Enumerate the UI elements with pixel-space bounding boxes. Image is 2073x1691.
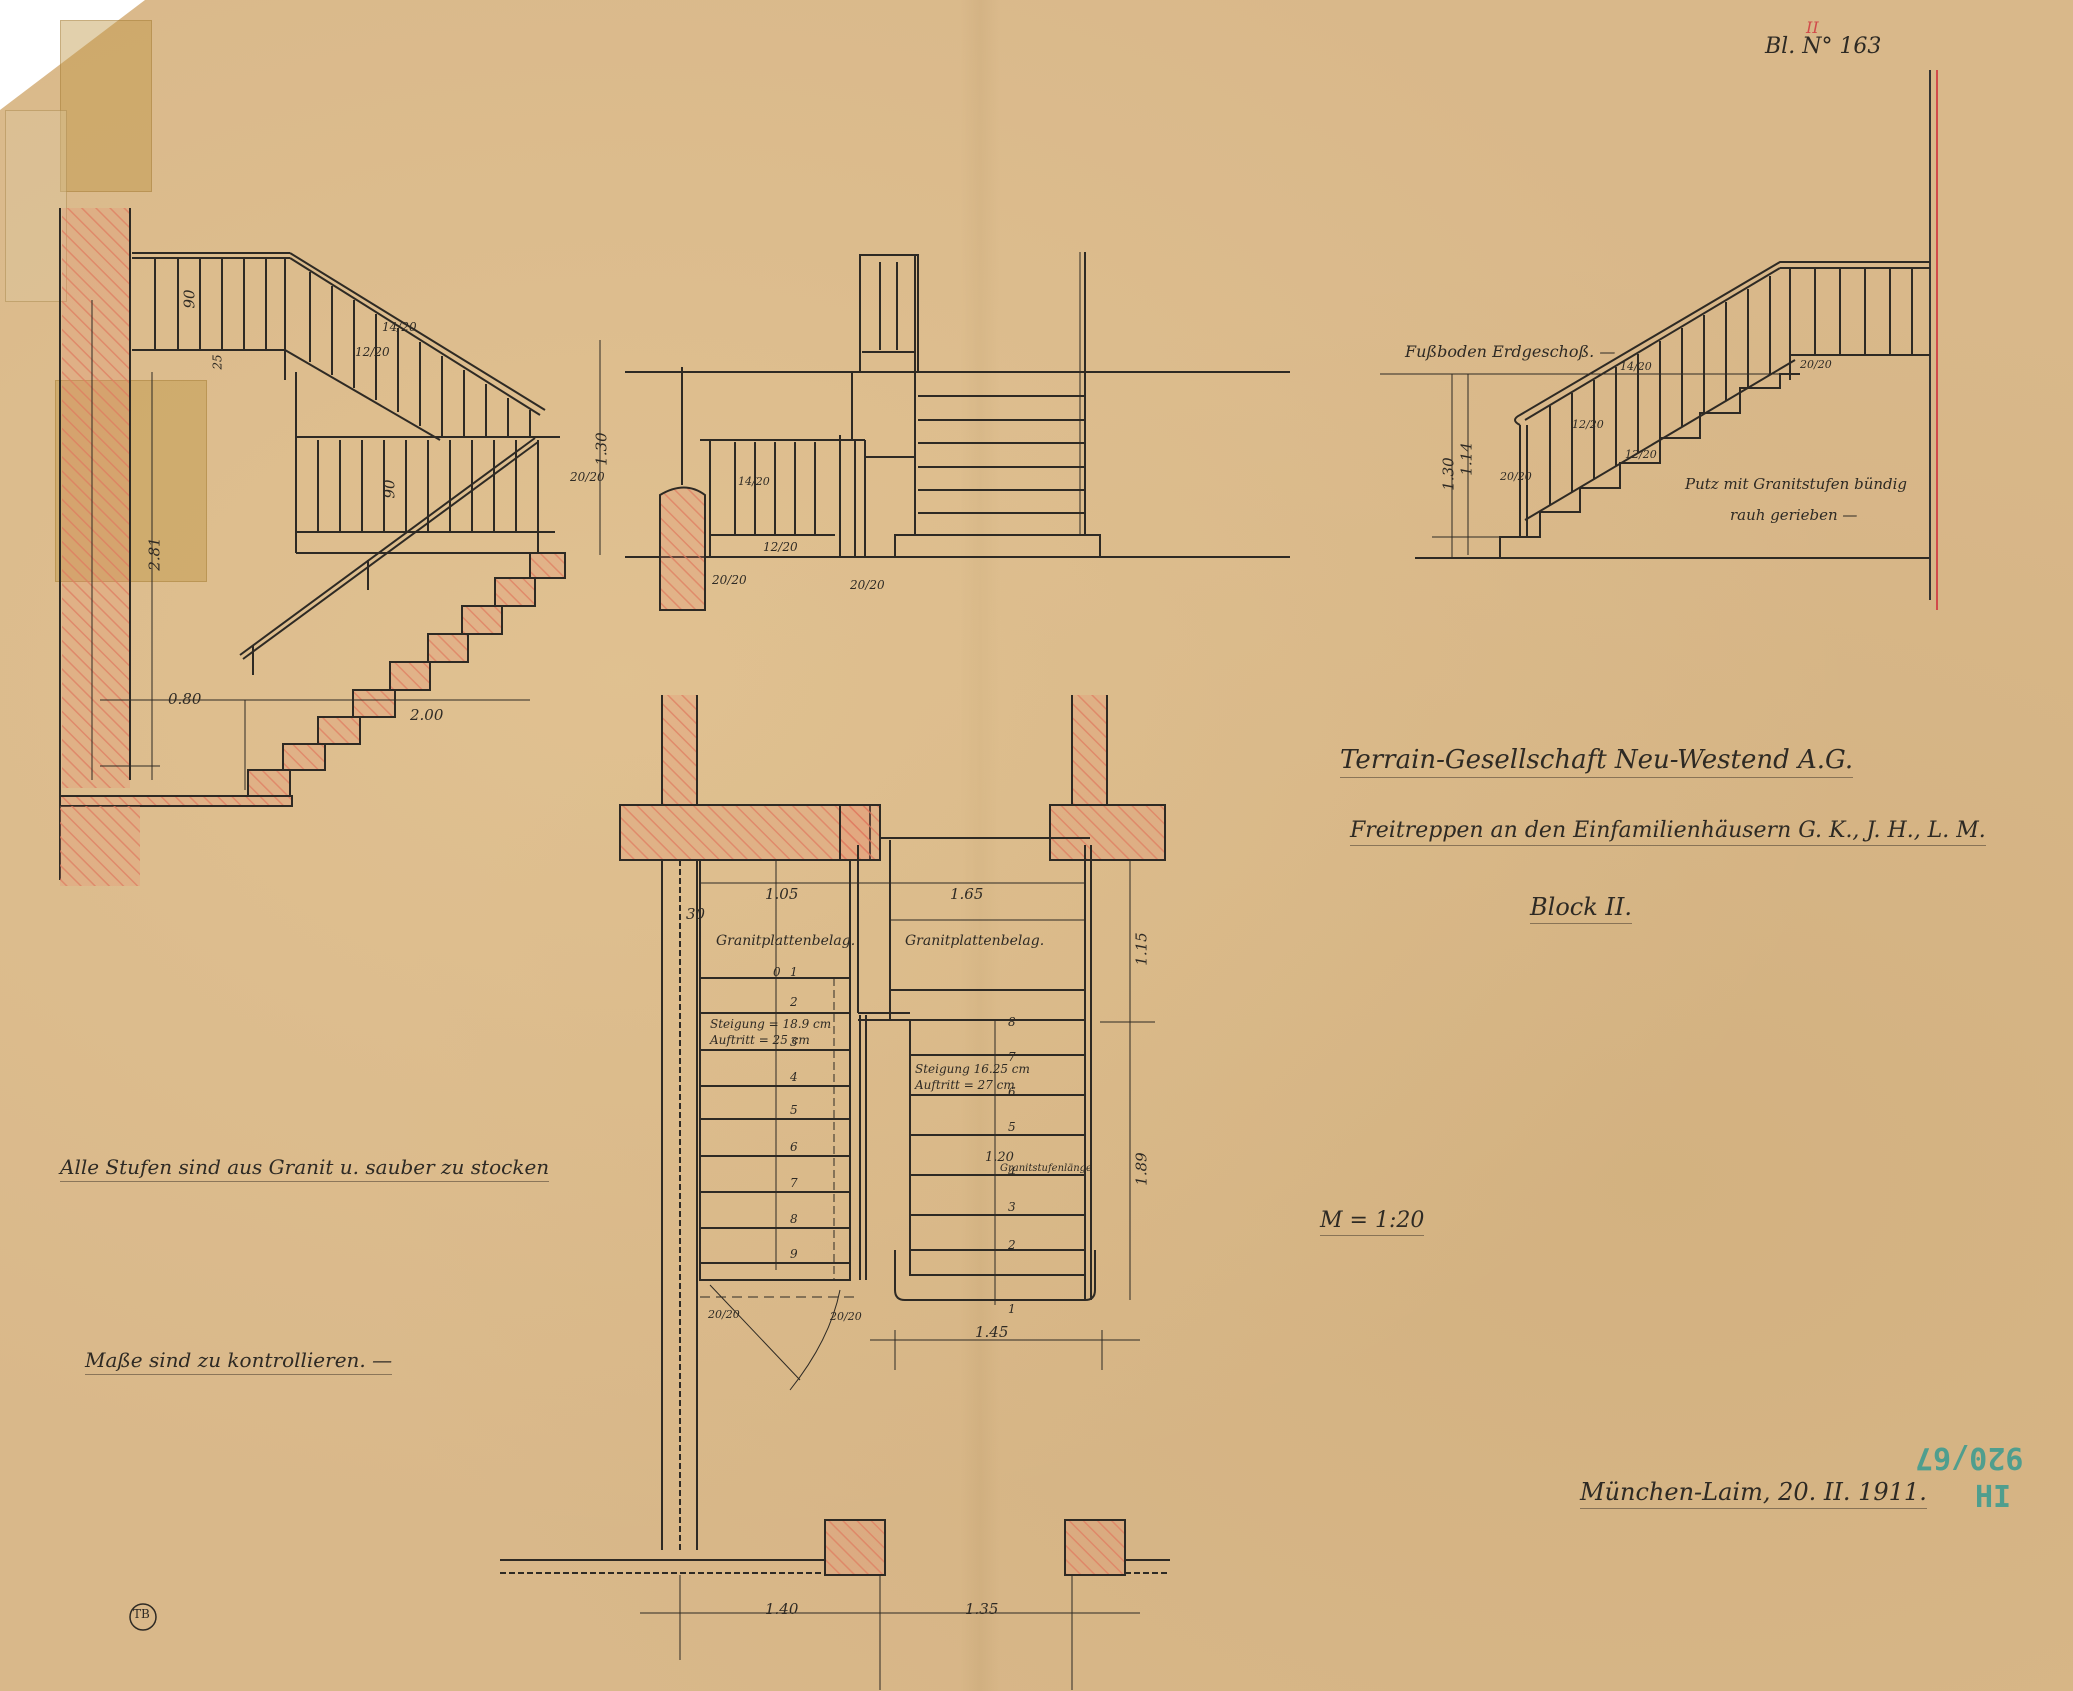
title-subject: Freitreppen an den Einfamilienhäusern G.… — [1350, 818, 1986, 846]
archive-stamp: HI — [1975, 1480, 2011, 1515]
dim-landing-right: 1.65 — [950, 885, 983, 903]
dim-right-baluster-a: 14/20 — [1620, 360, 1652, 373]
dim-mid-baluster: 14/20 — [738, 475, 770, 488]
dim-mid-post-left: 20/20 — [712, 573, 747, 587]
step-number: 3 — [790, 1035, 798, 1049]
place-date: München-Laim, 20. II. 1911. — [1580, 1478, 1927, 1509]
elevation-middle — [625, 252, 1290, 610]
dim-right-height-total: 1.30 — [1440, 457, 1458, 490]
title-block: Block II. — [1530, 893, 1632, 924]
dim-offset: 0.80 — [168, 690, 201, 708]
step-number: 5 — [790, 1103, 798, 1117]
dim-mid-post-right: 20/20 — [850, 578, 885, 592]
dim-right-baluster-c: 12/20 — [1625, 448, 1657, 461]
note-plaster-1: Putz mit Granitstufen bündig — [1685, 475, 1907, 493]
note-plaster-2: rauh gerieben — — [1730, 506, 1857, 524]
step-number: 3 — [1008, 1200, 1016, 1214]
dim-landing-left: 1.05 — [765, 885, 798, 903]
sheet-number: Bl. N° 163 — [1765, 34, 1881, 59]
dim-right-post-top: 20/20 — [1800, 358, 1832, 371]
dim-height: 2.81 — [146, 537, 164, 570]
dim-right-post: 20/20 — [1500, 470, 1532, 483]
step-number: 8 — [1008, 1015, 1016, 1029]
step-number: 9 — [790, 1247, 798, 1261]
landing-right-label: Granitplattenbelag. — [905, 933, 1044, 949]
dim-plan-post-left: 20/20 — [708, 1308, 740, 1321]
dim-overall-right: 1.35 — [965, 1600, 998, 1618]
dim-rail-lower: 90 — [381, 479, 399, 498]
archive-number-stamp: 920/67 — [1915, 1440, 2023, 1475]
dim-bottom-width: 1.45 — [975, 1323, 1008, 1341]
step-number: 4 — [790, 1070, 798, 1084]
drawing-scale: M = 1:20 — [1320, 1208, 1424, 1236]
step-number: 1 — [1008, 1302, 1016, 1316]
dim-overall-left: 1.40 — [765, 1600, 798, 1618]
step-number: 6 — [790, 1140, 798, 1154]
right-flight-tread: Auftritt = 27 cm — [915, 1078, 1015, 1092]
dim-post: 20/20 — [570, 470, 605, 484]
stair-plan — [500, 695, 1170, 1690]
step-number: 6 — [1008, 1085, 1016, 1099]
step-number: 4 — [1008, 1165, 1016, 1179]
title-client: Terrain-Gesellschaft Neu-Westend A.G. — [1340, 745, 1853, 778]
step-number: 5 — [1008, 1120, 1016, 1134]
dim-baluster-mid: 12/20 — [355, 345, 390, 359]
step-number: 8 — [790, 1212, 798, 1226]
dim-right-baluster-b: 12/20 — [1572, 418, 1604, 431]
step-number: 0 — [773, 965, 781, 979]
note-floor-level: Fußboden Erdgeschoß. — — [1405, 342, 1615, 361]
step-number: 7 — [790, 1176, 798, 1190]
right-flight-rise: Steigung 16.25 cm — [915, 1062, 1030, 1076]
landing-left-label: Granitplattenbelag. — [716, 933, 855, 949]
dim-depth-upper: 1.15 — [1133, 932, 1151, 965]
dim-rail-upper: 90 — [181, 289, 199, 308]
step-number: 7 — [1008, 1050, 1016, 1064]
dim-wall-thickness: 30 — [686, 905, 705, 923]
dim-plan-post-right: 20/20 — [830, 1310, 862, 1323]
step-number: 1 — [790, 965, 798, 979]
note-steps-material: Alle Stufen sind aus Granit u. sauber zu… — [60, 1155, 549, 1182]
dim-rail-gap: 25 — [211, 354, 225, 369]
dim-rail-total: 1.30 — [593, 432, 611, 465]
note-measurements: Maße sind zu kontrollieren. — — [85, 1348, 392, 1375]
elevation-left — [60, 208, 600, 886]
dim-baluster-upper: 14/20 — [382, 320, 417, 334]
monogram: TB — [133, 1607, 150, 1621]
dim-depth-lower: 1.89 — [1133, 1152, 1151, 1185]
step-number: 2 — [790, 995, 798, 1009]
dim-run: 2.00 — [410, 706, 443, 724]
step-number: 2 — [1008, 1238, 1016, 1252]
dim-mid-bottom-rail: 12/20 — [763, 540, 798, 554]
elevation-right — [1380, 70, 1937, 610]
left-flight-rise: Steigung = 18.9 cm — [710, 1017, 831, 1031]
dim-right-height-rail: 1.14 — [1458, 442, 1476, 475]
